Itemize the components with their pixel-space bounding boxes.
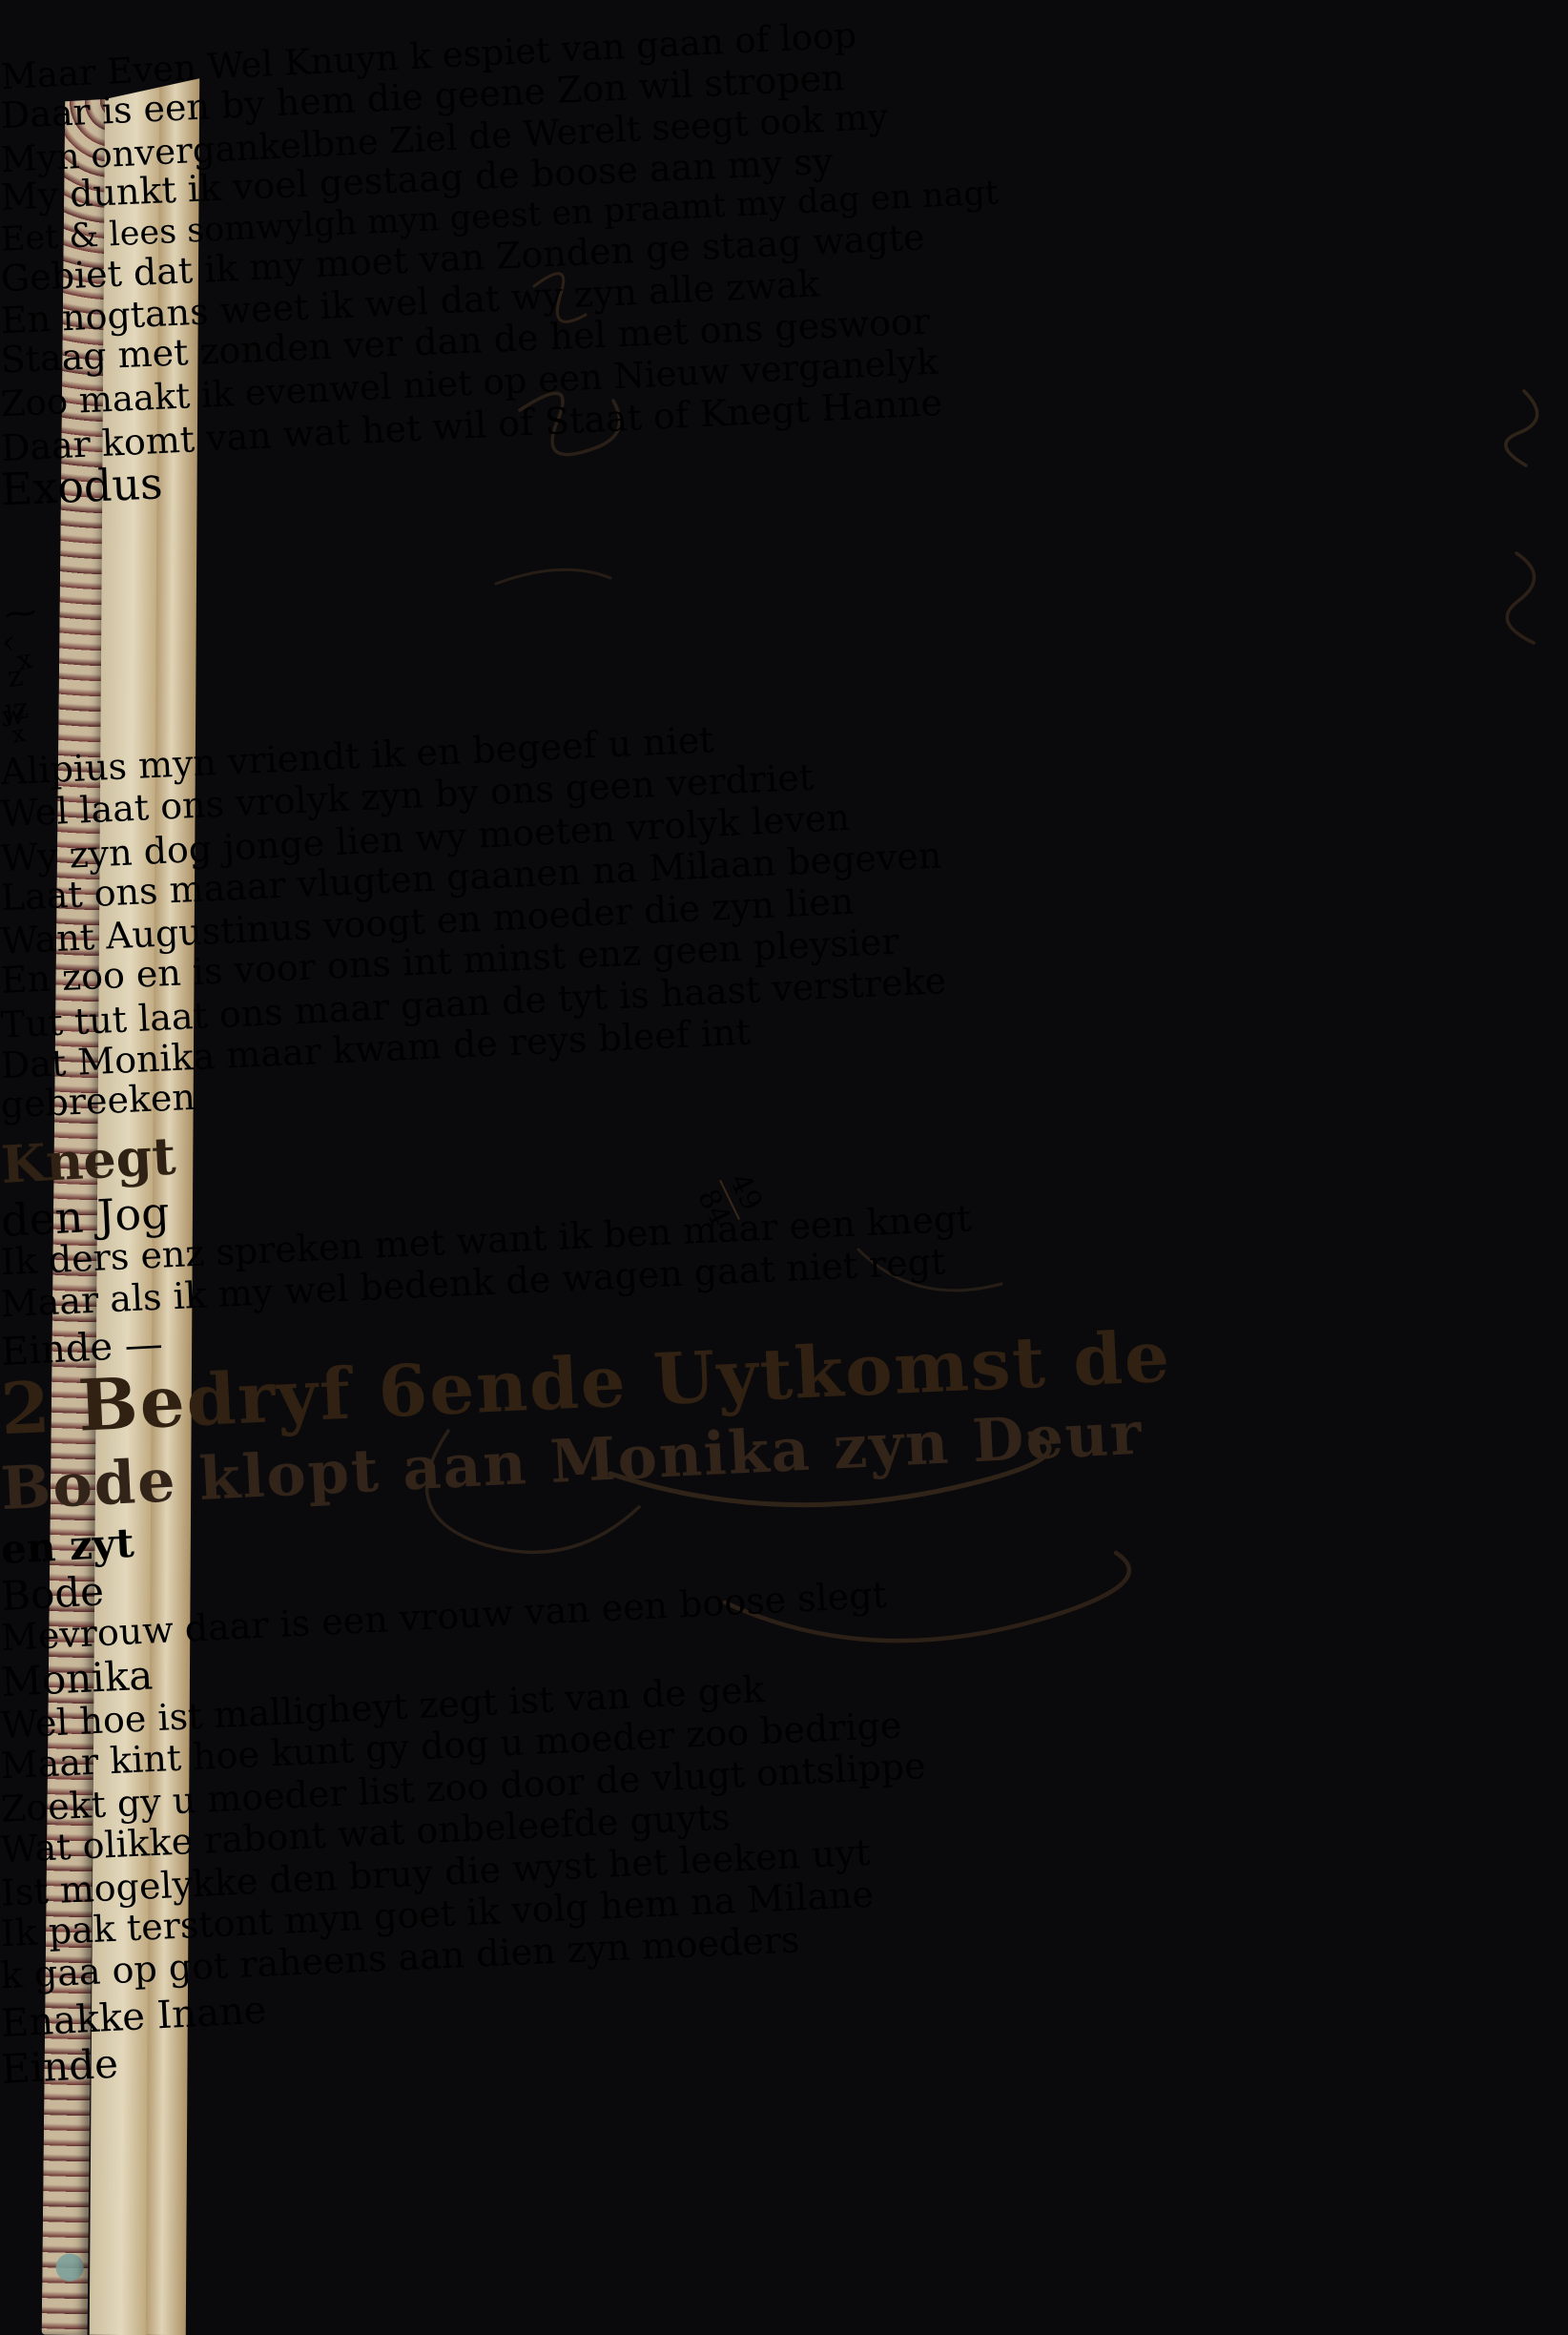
manuscript-photo: 114 65 49 16 65 22 85 1820 1185 46 1061 …: [0, 0, 1568, 2335]
act2-monologue: Alipius myn vriendt ik en begeef u niet …: [0, 715, 1568, 1093]
act1-monologue: Maar Even Wel Knuyn k espiet van gaan of…: [0, 18, 1568, 483]
